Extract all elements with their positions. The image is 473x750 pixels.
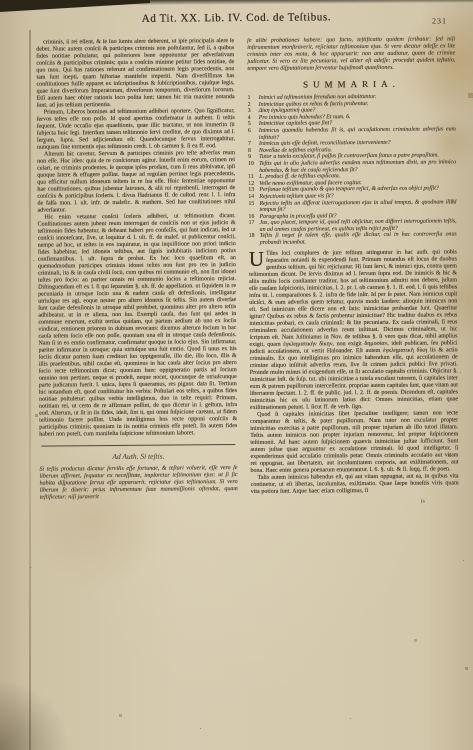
summaria-item-text: Teſtis ſi neget ſe talem eſſe, qualis eſ…: [260, 232, 457, 246]
page-header: Ad Tit. XX. Lib. IV. Cod. de Teſtibus. 2…: [0, 10, 473, 40]
page-number: 231: [432, 16, 447, 25]
paper-specks: [0, 0, 1, 1]
body-first-paragraph: UTiles loci complures de jure teſtium at…: [249, 249, 458, 412]
running-title: Ad Tit. XX. Lib. IV. Cod. de Teſtibus.: [0, 10, 473, 26]
summaria-item-text: Teſtis qui in alio judicio adverſus eund…: [259, 159, 456, 173]
left-column-paragraphs: criminis, ii rei eſſent, & ſe ſuo ſumtu …: [36, 38, 237, 439]
summaria-item-text: Inimicus quamdiu habendus ſit is, qui ac…: [259, 126, 456, 140]
summaria-item-text: Rejectionis teſtium quae vis ſit?: [259, 193, 333, 200]
catchword: is: [251, 498, 459, 506]
paragraph: Hic enim vetantur conſcii ſceleris adhib…: [38, 213, 238, 439]
summaria-item-number: 15: [248, 200, 254, 207]
section-rule: [41, 444, 235, 447]
section-text: Si teſtis productus dicatur ſervilis eſſ…: [40, 465, 238, 502]
drop-cap: U: [249, 250, 264, 265]
summaria-list: 1 Inimici ad teſtimonium ferendum non ad…: [248, 93, 457, 246]
summaria-item-number: 6: [248, 128, 251, 135]
right-column: ſe alibi probationes habere: quo facto, …: [247, 36, 461, 750]
summaria-item: 18 Teſtis ſi neget ſe talem eſſe, qualis…: [249, 232, 457, 247]
summaria-heading: SUMMARIA.: [247, 78, 455, 90]
text-columns: criminis, ii rei eſſent, & ſe ſuo ſumtu …: [36, 36, 463, 750]
page-content: Ad Tit. XX. Lib. IV. Cod. de Teſtibus. 2…: [0, 0, 473, 750]
summaria-item-text: Δίκη ἐγκληματική quae?: [259, 108, 316, 114]
summaria-item-text: Rejectio teſtis an differat interrogatio…: [259, 199, 456, 213]
summaria-item-text: L. produci ff. de teſtibus explicata.: [259, 173, 340, 180]
body-more-paragraphs: Quod ſi capitales inimicitias libet ſpec…: [250, 410, 459, 496]
summaria-item-number: 18: [249, 233, 255, 240]
commentary-body: UTiles loci complures de jure teſtium at…: [249, 249, 459, 496]
paragraph: Quod ſi capitales inimicitias libet ſpec…: [250, 410, 458, 475]
paragraph: Alterum hic cavetur, Servum & participes…: [37, 150, 235, 215]
paragraph: Primum, Liberos homines ad teſtimonium a…: [37, 108, 235, 152]
summaria-item-number: 10: [248, 161, 254, 168]
body-first-paragraph-text: Tiles loci complures de jure teſtium att…: [249, 249, 458, 411]
continuation-text: ſe alibi probationes habere: quo facto, …: [247, 36, 455, 73]
book-page: Ad Tit. XX. Lib. IV. Cod. de Teſtibus. 2…: [0, 0, 473, 750]
section-heading: Ad Auth. Si teſtis.: [39, 451, 237, 462]
summaria-item-number: 17: [249, 220, 255, 227]
paragraph: Talis autem inimicus habendus eſt, qui a…: [251, 473, 459, 496]
paragraph: criminis, ii rei eſſent, & ſe ſuo ſumtu …: [36, 38, 235, 110]
left-column: criminis, ii rei eſſent, & ſe ſuo ſumtu …: [36, 38, 240, 750]
summaria-item-text: Inimicitiae capitales quae ſint?: [259, 121, 333, 128]
